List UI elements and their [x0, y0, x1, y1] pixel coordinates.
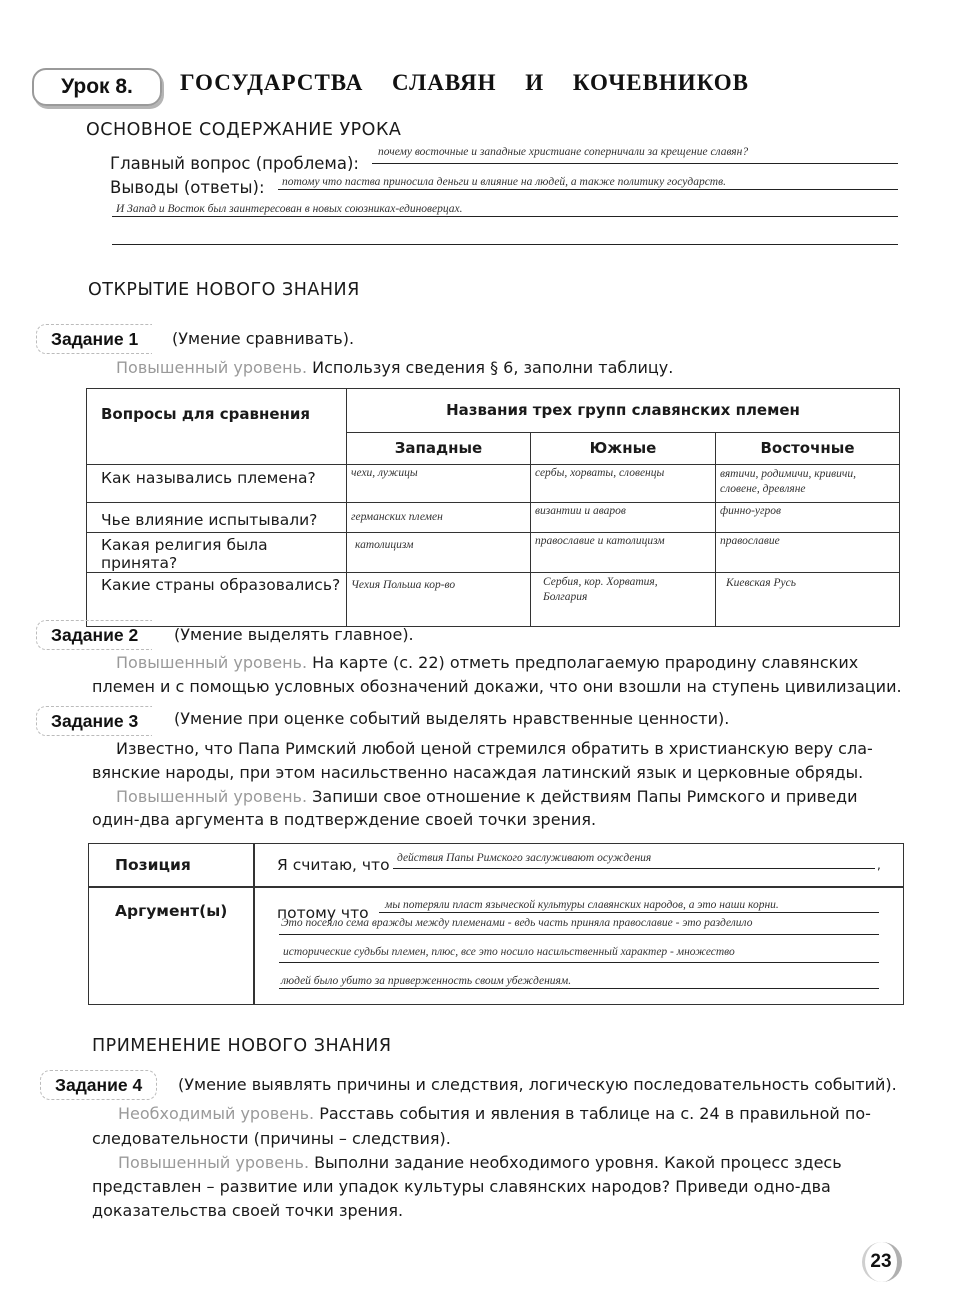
- instruction-text: Расставь события и явления в таблице на …: [314, 1104, 871, 1123]
- answer-line: [279, 962, 879, 963]
- answer-cell[interactable]: финно-угров: [716, 503, 900, 533]
- answer-line: [112, 244, 898, 245]
- task-3-instruction-cont: один-два аргумента в подтверждение своей…: [92, 808, 596, 832]
- level-label: Повышенный уровень.: [116, 358, 307, 377]
- task-2-instruction: Повышенный уровень. На карте (с. 22) отм…: [116, 651, 906, 675]
- table-row: Какая религия была принята? католицизм п…: [87, 533, 900, 573]
- position-answer[interactable]: действия Папы Римского заслуживают осужд…: [397, 852, 651, 864]
- row-question: Чье влияние испытывали?: [87, 503, 347, 533]
- instruction-text: Запиши свое отношение к действиям Папы Р…: [307, 787, 857, 806]
- answer-line: [372, 163, 898, 164]
- lesson-title: ГОСУДАРСТВА СЛАВЯН И КОЧЕВНИКОВ: [180, 70, 749, 96]
- task-2-skill: (Умение выделять главное).: [174, 625, 414, 644]
- level-label: Необходимый уровень.: [118, 1104, 314, 1123]
- table-row: Чье влияние испытывали? германских племе…: [87, 503, 900, 533]
- argument-line-1[interactable]: мы потеряли пласт языческой культуры сла…: [385, 899, 779, 911]
- instruction-text: Выполни задание необходимого уровня. Как…: [309, 1153, 842, 1172]
- column-divider: [253, 844, 255, 1004]
- table-row: Какие страны образовались? Чехия Польша …: [87, 573, 900, 627]
- task-4-basic: Необходимый уровень. Расставь события и …: [118, 1102, 871, 1126]
- main-question-label: Главный вопрос (проблема):: [110, 154, 359, 173]
- comparison-table: Вопросы для сравнения Названия трех груп…: [86, 388, 900, 627]
- task-4-advanced-cont-2: доказательства своей точки зрения.: [92, 1199, 403, 1223]
- task-4-basic-cont: следовательности (причины – следствия).: [92, 1127, 451, 1151]
- level-label: Повышенный уровень.: [118, 1153, 309, 1172]
- argument-line-3[interactable]: исторические судьбы племен, плюс, все эт…: [283, 946, 735, 958]
- row-question: Какая религия была принята?: [87, 533, 347, 573]
- row-question: Как назывались племена?: [87, 465, 347, 503]
- answer-cell[interactable]: вятичи, родимичи, кривичи, словене, древ…: [716, 465, 900, 503]
- page-number: 23: [862, 1242, 902, 1282]
- answer-cell[interactable]: Чехия Польша кор-во: [347, 573, 531, 627]
- table-row: Как назывались племена? чехи, лужицы сер…: [87, 465, 900, 503]
- header-groups: Названия трех групп славянских племен: [347, 389, 900, 433]
- instruction-text: Используя сведения § 6, заполни таблицу.: [307, 358, 673, 377]
- main-question-answer[interactable]: почему восточные и западные христиане со…: [378, 146, 748, 158]
- answer-cell[interactable]: православие: [716, 533, 900, 573]
- answer-cell[interactable]: германских племен: [347, 503, 531, 533]
- instruction-text: На карте (с. 22) отметь предполагаемую п…: [307, 653, 858, 672]
- answer-cell[interactable]: православие и католицизм: [531, 533, 716, 573]
- answer-line: [112, 216, 898, 217]
- answer-line: [393, 868, 875, 869]
- column-south: Южные: [531, 433, 716, 465]
- row-question: Какие страны образовались?: [87, 573, 347, 627]
- answer-line: [379, 912, 879, 913]
- answer-cell[interactable]: Киевская Русь: [716, 573, 900, 627]
- answer-cell[interactable]: Сербия, кор. Хорватия, Болгария: [531, 573, 716, 627]
- argument-line-4[interactable]: людей было убито за приверженность своим…: [281, 975, 571, 987]
- column-east: Восточные: [716, 433, 900, 465]
- row-divider: [89, 886, 903, 888]
- section-heading-main-content: ОСНОВНОЕ СОДЕРЖАНИЕ УРОКА: [86, 120, 401, 140]
- task-3-instruction: Повышенный уровень. Запиши свое отношени…: [116, 785, 857, 809]
- answer-cell[interactable]: католицизм: [347, 533, 531, 573]
- task-1-badge: Задание 1: [36, 324, 152, 354]
- answer-cell[interactable]: византии и аваров: [531, 503, 716, 533]
- answer-line: [279, 988, 879, 989]
- task-2-instruction-cont: племен и с помощью условных обозначений …: [92, 675, 902, 699]
- section-heading-discovery: ОТКРЫТИЕ НОВОГО ЗНАНИЯ: [88, 280, 360, 300]
- opinion-table: Позиция Я считаю, что действия Папы Римс…: [88, 843, 904, 1005]
- column-west: Западные: [347, 433, 531, 465]
- position-label: Позиция: [115, 856, 191, 874]
- comma: ,: [877, 858, 881, 872]
- task-2-badge: Задание 2: [36, 620, 152, 650]
- answer-cell[interactable]: чехи, лужицы: [347, 465, 531, 503]
- section-heading-application: ПРИМЕНЕНИЕ НОВОГО ЗНАНИЯ: [92, 1036, 392, 1056]
- level-label: Повышенный уровень.: [116, 653, 307, 672]
- task-3-text-1: Известно, что Папа Римский любой ценой с…: [116, 737, 873, 761]
- conclusions-answer-1[interactable]: потому что паства приносила деньги и вли…: [282, 176, 726, 188]
- task-4-advanced-cont-1: представлен – развитие или упадок культу…: [92, 1175, 831, 1199]
- task-1-instruction: Повышенный уровень. Используя сведения §…: [116, 356, 673, 380]
- header-questions: Вопросы для сравнения: [87, 389, 347, 465]
- lesson-badge: Урок 8.: [32, 68, 162, 106]
- answer-line: [278, 189, 898, 190]
- task-4-skill: (Умение выявлять причины и следствия, ло…: [178, 1075, 897, 1094]
- answer-cell[interactable]: сербы, хорваты, словенцы: [531, 465, 716, 503]
- answer-line: [279, 934, 879, 935]
- arguments-label: Аргумент(ы): [115, 902, 227, 920]
- level-label: Повышенный уровень.: [116, 787, 307, 806]
- argument-line-2[interactable]: Это посеяло сема вражды между племенами …: [281, 917, 752, 929]
- task-3-text-2: вянские народы, при этом насильственно н…: [92, 761, 863, 785]
- task-4-badge: Задание 4: [40, 1070, 157, 1100]
- task-4-advanced: Повышенный уровень. Выполни задание необ…: [118, 1151, 842, 1175]
- conclusions-label: Выводы (ответы):: [110, 178, 265, 197]
- task-3-badge: Задание 3: [36, 706, 152, 736]
- position-prefix: Я считаю, что: [277, 856, 390, 874]
- conclusions-answer-2[interactable]: И Запад и Восток был заинтересован в нов…: [116, 203, 463, 215]
- task-3-skill: (Умение при оценке событий выделять нрав…: [174, 709, 729, 728]
- task-1-skill: (Умение сравнивать).: [172, 329, 354, 348]
